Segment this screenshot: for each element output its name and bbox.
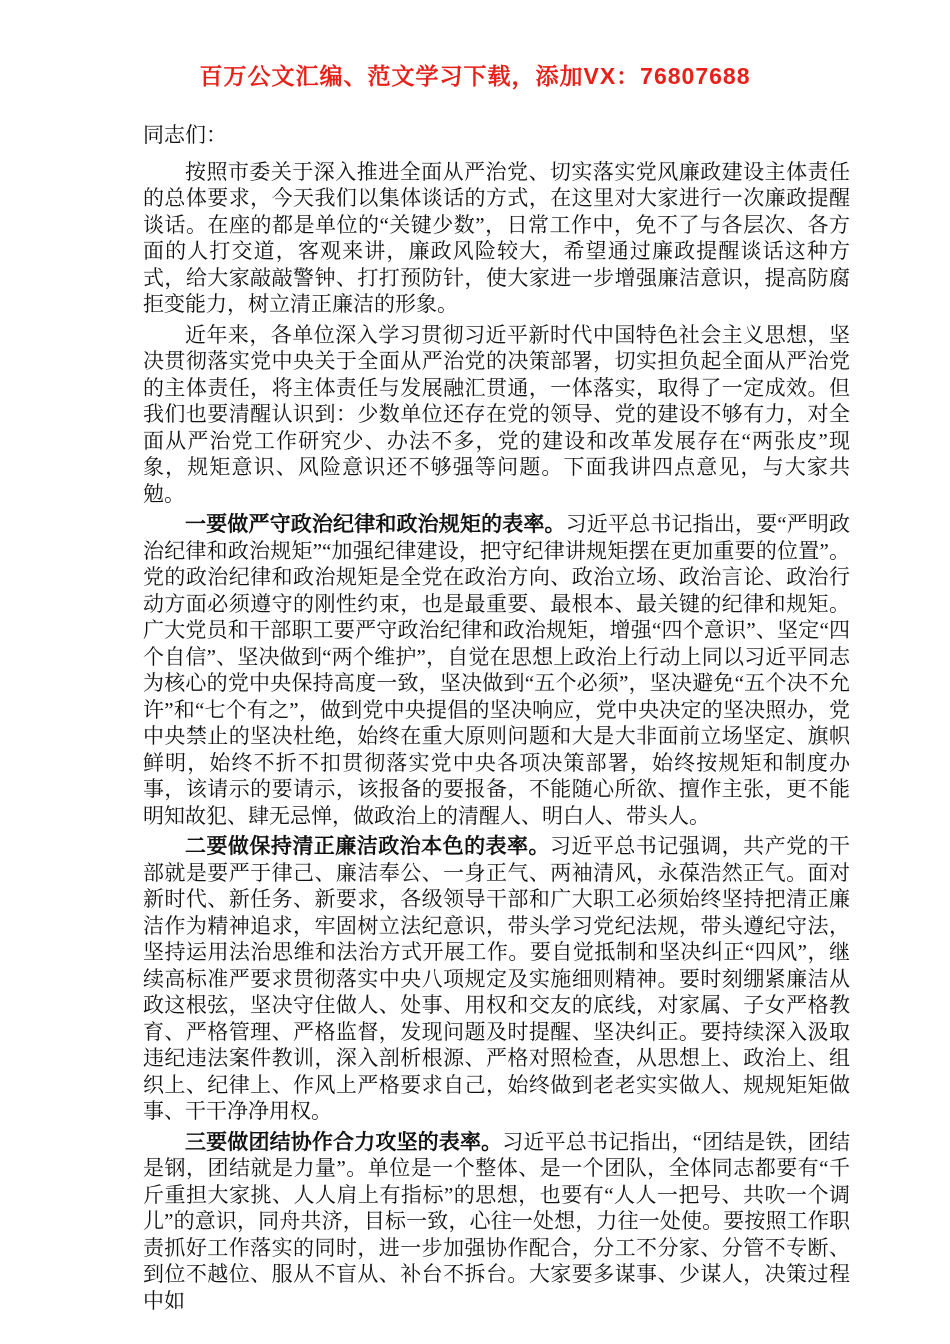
promo-banner: 百万公文汇编、范文学习下载，添加VX：76807688 <box>0 0 950 90</box>
paragraph-text: 习近平总书记强调，共产党的干部就是要严于律己、廉洁奉公、一身正气、两袖清风，永葆… <box>143 834 850 1123</box>
document-body: 同志们： 按照市委关于深入推进全面从严治党、切实落实党风廉政建设主体责任的总体要… <box>0 90 950 1314</box>
paragraph-2: 近年来，各单位深入学习贯彻习近平新时代中国特色社会主义思想，坚决贯彻落实党中央关… <box>143 322 850 508</box>
paragraph-4: 二要做保持清正廉洁政治本色的表率。习近平总书记强调，共产党的干部就是要严于律己、… <box>143 833 850 1125</box>
paragraph-text: 近年来，各单位深入学习贯彻习近平新时代中国特色社会主义思想，坚决贯彻落实党中央关… <box>143 323 850 506</box>
paragraph-1: 按照市委关于深入推进全面从严治党、切实落实党风廉政建设主体责任的总体要求，今天我… <box>143 159 850 318</box>
paragraph-text: 习近平总书记指出，“团结是铁，团结是钢，团结就是力量”。单位是一个整体、是一个团… <box>143 1130 850 1313</box>
paragraph-lead: 一要做严守政治纪律和政治规矩的表率。 <box>185 512 566 536</box>
salutation: 同志们： <box>143 122 850 149</box>
paragraph-5: 三要做团结协作合力攻坚的表率。习近平总书记指出，“团结是铁，团结是钢，团结就是力… <box>143 1129 850 1315</box>
paragraph-text: 习近平总书记指出，要“严明政治纪律和政治规矩”“加强纪律建设，把守纪律讲规矩摆在… <box>143 512 850 828</box>
paragraph-lead: 三要做团结协作合力攻坚的表率。 <box>185 1130 502 1154</box>
paragraph-3: 一要做严守政治纪律和政治规矩的表率。习近平总书记指出，要“严明政治纪律和政治规矩… <box>143 511 850 829</box>
paragraph-text: 按照市委关于深入推进全面从严治党、切实落实党风廉政建设主体责任的总体要求，今天我… <box>143 160 850 317</box>
paragraph-lead: 二要做保持清正廉洁政治本色的表率。 <box>185 834 550 858</box>
document-page: 百万公文汇编、范文学习下载，添加VX：76807688 同志们： 按照市委关于深… <box>0 0 950 1344</box>
